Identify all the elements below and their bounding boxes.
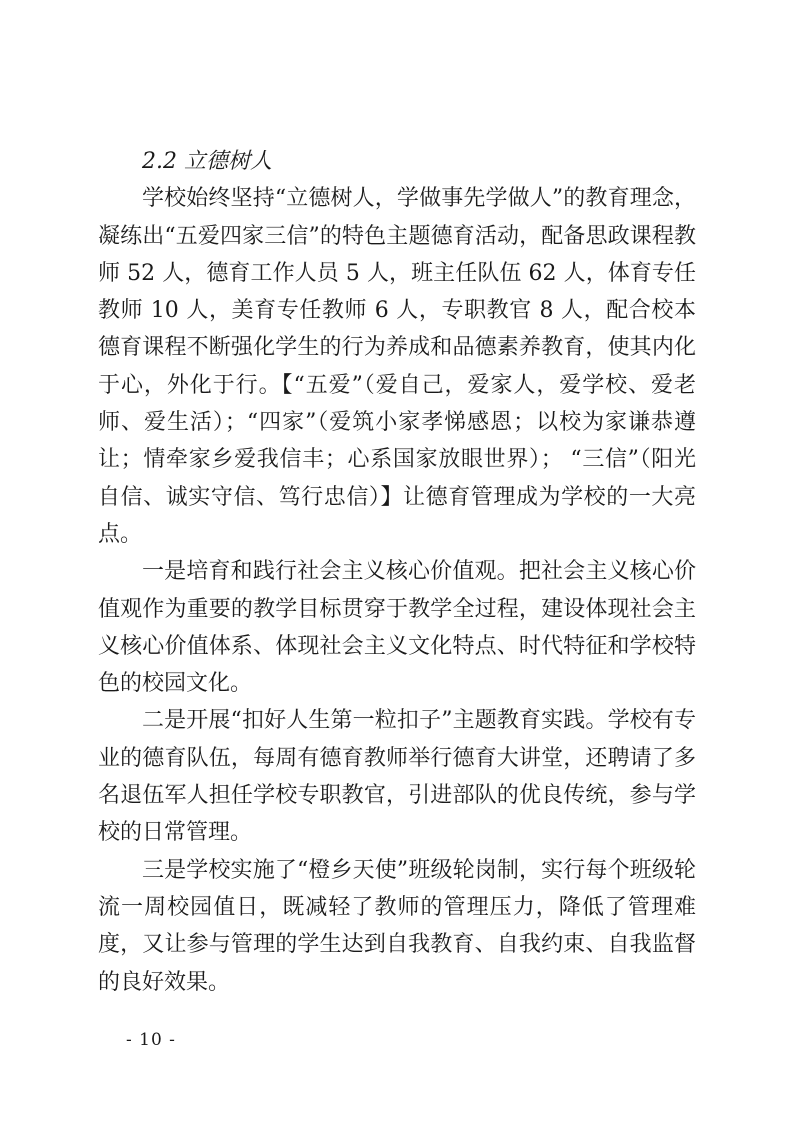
section-heading: 2.2 立德树人	[98, 143, 696, 180]
paragraph-first-button-practice: 二是开展“扣好人生第一粒扣子”主题教育实践。学校有专业的德育队伍，每周有德育教师…	[98, 702, 696, 851]
paragraph-moral-education-overview: 学校始终坚持“立德树人，学做事先学做人”的教育理念，凝练出“五爱四家三信”的特色…	[98, 180, 696, 553]
page-number: - 10 -	[126, 1028, 176, 1052]
document-page: 2.2 立德树人 学校始终坚持“立德树人，学做事先学做人”的教育理念，凝练出“五…	[0, 0, 794, 1123]
document-body: 2.2 立德树人 学校始终坚持“立德树人，学做事先学做人”的教育理念，凝练出“五…	[98, 143, 696, 1001]
paragraph-class-rotation: 三是学校实施了“橙乡天使”班级轮岗制，实行每个班级轮流一周校园值日，既减轻了教师…	[98, 852, 696, 1001]
paragraph-core-values: 一是培育和践行社会主义核心价值观。把社会主义核心价值观作为重要的教学目标贯穿于教…	[98, 553, 696, 702]
